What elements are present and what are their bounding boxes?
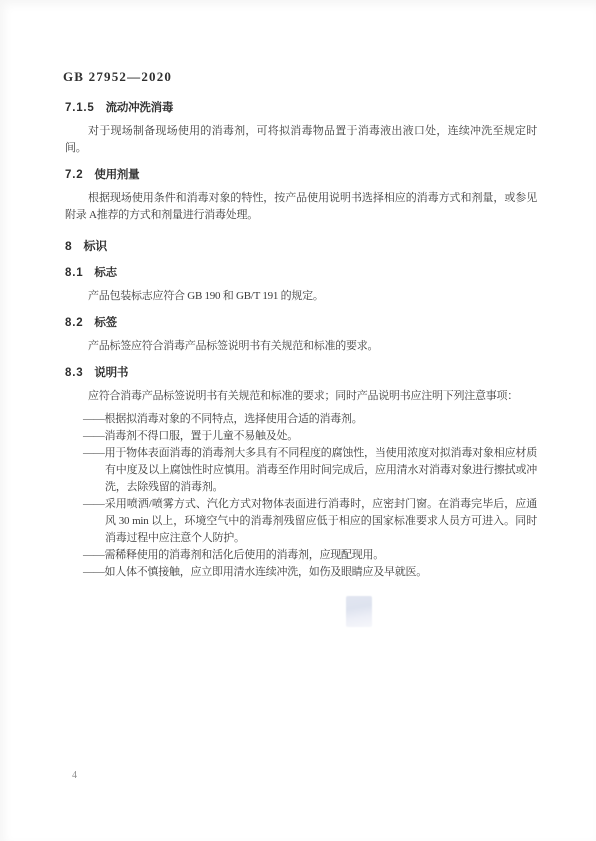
section-number: 8.1 <box>65 267 83 279</box>
page-number: 4 <box>72 770 77 781</box>
section-heading: 8.2标签 <box>65 315 537 332</box>
paragraph: 对于现场制备现场使用的消毒剂，可将拟消毒物品置于消毒液出液口处，连续冲洗至规定时… <box>65 123 537 157</box>
document-body: 7.1.5流动冲洗消毒对于现场制备现场使用的消毒剂，可将拟消毒物品置于消毒液出液… <box>65 90 537 581</box>
section-title: 流动冲洗消毒 <box>106 102 174 114</box>
paragraph: 产品标签应符合消毒产品标签说明书有关规范和标准的要求。 <box>65 338 537 355</box>
section-title: 标签 <box>94 317 117 329</box>
section-heading: 8标识 <box>65 238 537 255</box>
section-heading: 8.3说明书 <box>65 365 537 382</box>
document-page: GB 27952—2020 7.1.5流动冲洗消毒对于现场制备现场使用的消毒剂，… <box>0 0 596 841</box>
standard-number: GB 27952—2020 <box>63 69 172 85</box>
list-item: ——消毒剂不得口服，置于儿童不易触及处。 <box>105 428 537 445</box>
watermark-stamp <box>346 596 372 627</box>
section-title: 标识 <box>83 239 107 253</box>
section-number: 7.1.5 <box>65 102 95 114</box>
section-number: 8.3 <box>65 367 83 379</box>
section-title: 标志 <box>94 267 117 279</box>
section-number: 8.2 <box>65 317 83 329</box>
list-item: ——如人体不慎接触，应立即用清水连续冲洗，如伤及眼睛应及早就医。 <box>105 564 537 581</box>
section-heading: 7.2使用剂量 <box>65 167 537 184</box>
paragraph: 产品包装标志应符合 GB 190 和 GB/T 191 的规定。 <box>65 288 537 305</box>
section-heading: 7.1.5流动冲洗消毒 <box>65 100 537 117</box>
paragraph: 应符合消毒产品标签说明书有关规范和标准的要求；同时产品说明书应注明下列注意事项： <box>65 388 537 405</box>
section-title: 使用剂量 <box>94 169 139 181</box>
section-number: 8 <box>65 239 72 253</box>
section-number: 7.2 <box>65 169 83 181</box>
list-item: ——用于物体表面消毒的消毒剂大多具有不同程度的腐蚀性，当使用浓度对拟消毒对象相应… <box>105 445 537 496</box>
paragraph: 根据现场使用条件和消毒对象的特性，按产品使用说明书选择相应的消毒方式和剂量，或参… <box>65 190 537 224</box>
list-item: ——采用喷洒/喷雾方式、汽化方式对物体表面进行消毒时，应密封门窗。在消毒完毕后，… <box>105 496 537 547</box>
list-item: ——根据拟消毒对象的不同特点，选择使用合适的消毒剂。 <box>105 411 537 428</box>
section-heading: 8.1标志 <box>65 265 537 282</box>
section-title: 说明书 <box>94 367 128 379</box>
list-item: ——需稀释使用的消毒剂和活化后使用的消毒剂，应现配现用。 <box>105 547 537 564</box>
